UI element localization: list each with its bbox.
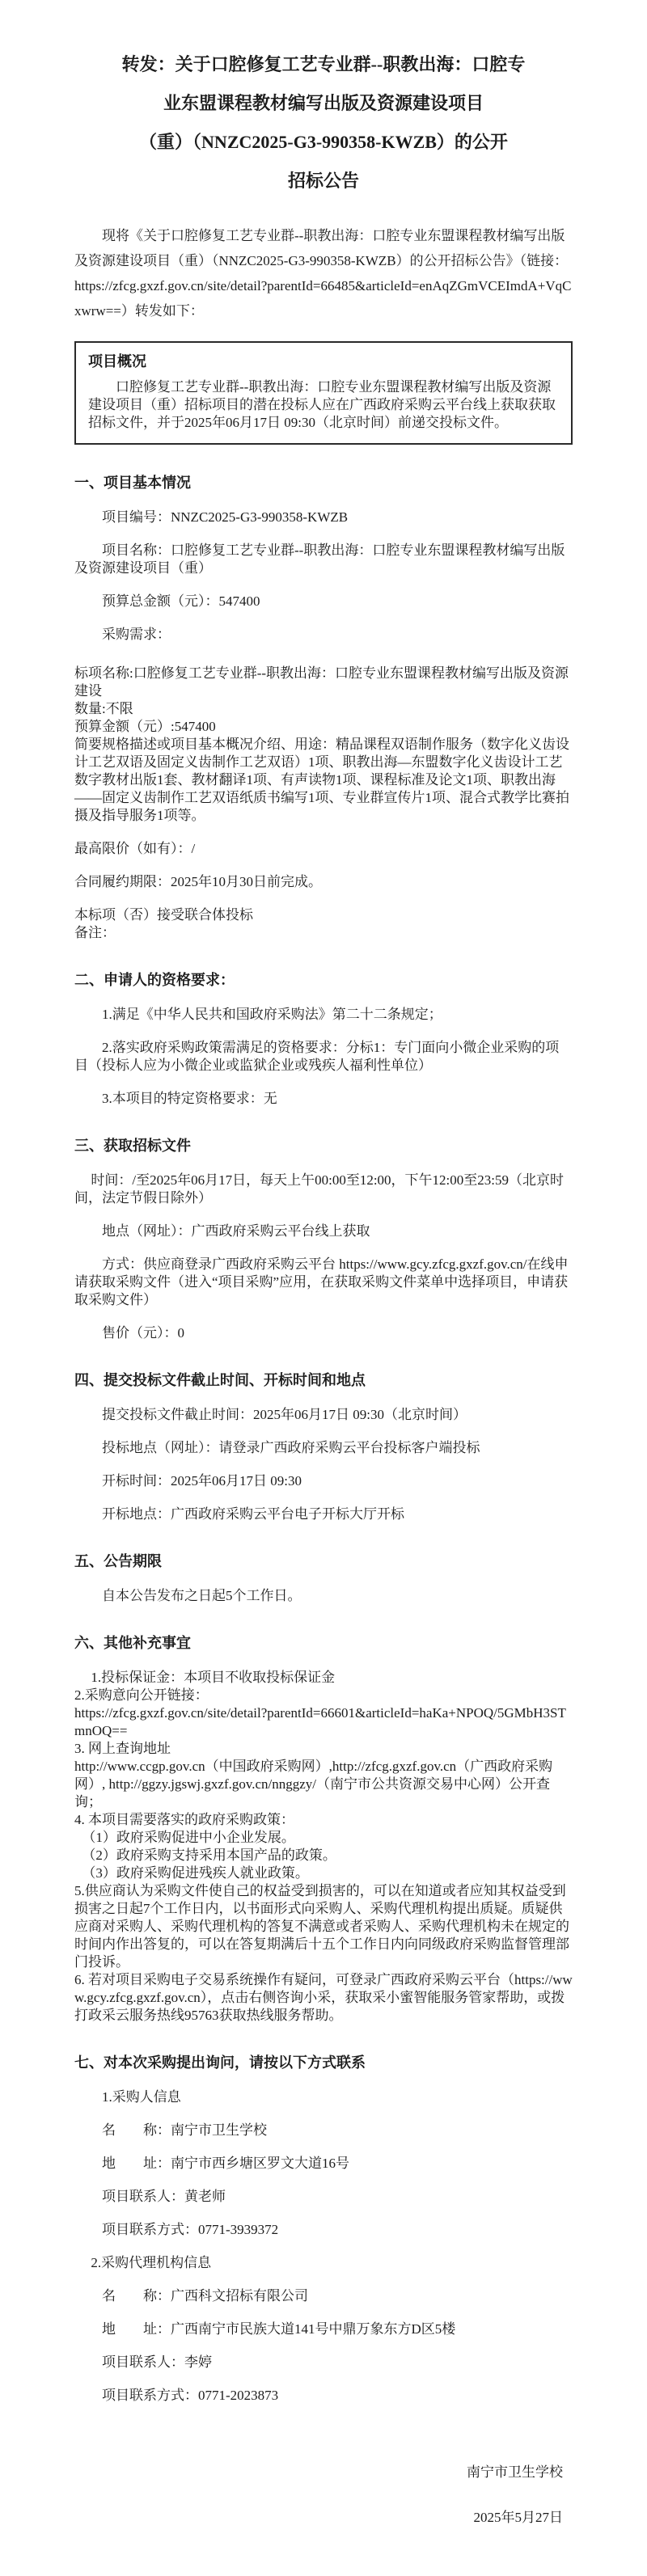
buyer-contact-person: 项目联系人：黄老师 [74, 2188, 573, 2206]
buyer-contact-phone: 项目联系方式：0771-3939372 [74, 2221, 573, 2239]
section-2-heading: 二、申请人的资格要求： [74, 969, 573, 990]
supplement-item-3-label: 3. 网上查询地址 [74, 1740, 573, 1758]
section-5-heading: 五、公告期限 [74, 1551, 573, 1572]
section-3-heading: 三、获取招标文件 [74, 1135, 573, 1156]
supplement-item-6-helpline: 6. 若对项目采购电子交易系统操作有疑问，可登录广西政府采购云平台（https:… [74, 1971, 573, 2025]
section-4-heading: 四、提交投标文件截止时间、开标时间和地点 [74, 1370, 573, 1391]
obtain-method: 方式：供应商登录广西政府采购云平台 https://www.gcy.zfcg.g… [74, 1256, 573, 1309]
project-overview-box: 项目概况 口腔修复工艺专业群--职教出海：口腔专业东盟课程教材编写出版及资源建设… [74, 341, 573, 445]
agency-contact-person: 项目联系人：李婷 [74, 2354, 573, 2371]
qualification-item-1: 1.满足《中华人民共和国政府采购法》第二十二条规定； [74, 1006, 573, 1024]
document-price: 售价（元）：0 [74, 1324, 573, 1342]
agency-address: 地 址：广西南宁市民族大道141号中鼎万象东方D区5楼 [74, 2321, 573, 2338]
title-line-3: （重）（NNZC2025-G3-990358-KWZB）的公开 [74, 123, 573, 162]
tender-announcement-document: 转发：关于口腔修复工艺专业群--职教出海：口腔专 业东盟课程教材编写出版及资源建… [0, 0, 647, 2576]
bid-place: 投标地点（网址）：请登录广西政府采购云平台投标客户端投标 [74, 1439, 573, 1457]
supplement-item-3-body: http://www.ccgp.gov.cn（中国政府采购网）,http://z… [74, 1758, 573, 1811]
bid-opening-time: 开标时间：2025年06月17日 09:30 [74, 1472, 573, 1490]
total-budget: 预算总金额（元）：547400 [74, 593, 573, 610]
supplement-item-1-deposit: 1.投标保证金：本项目不收取投标保证金 [74, 1669, 573, 1687]
project-number: 项目编号：NNZC2025-G3-990358-KWZB [74, 509, 573, 526]
submission-deadline: 提交投标文件截止时间：2025年06月17日 09:30（北京时间） [74, 1406, 573, 1424]
procurement-demand-label: 采购需求： [74, 626, 573, 644]
agency-name: 名 称：广西科文招标有限公司 [74, 2287, 573, 2305]
announcement-period: 自本公告发布之日起5个工作日。 [74, 1587, 573, 1605]
signature-organization: 南宁市卫生学校 [74, 2463, 563, 2482]
signature-block: 南宁市卫生学校 2025年5月27日 [74, 2463, 573, 2527]
overview-body: 口腔修复工艺专业群--职教出海：口腔专业东盟课程教材编写出版及资源建设项目（重）… [88, 378, 559, 432]
section-7-heading: 七、对本次采购提出询问，请按以下方式联系 [74, 2052, 573, 2073]
title-line-2: 业东盟课程教材编写出版及资源建设项目 [74, 84, 573, 123]
lot-budget: 预算金额（元）:547400 [74, 718, 573, 736]
policy-item-2: （2）政府采购支持采用本国产品的政策。 [74, 1847, 573, 1864]
project-name: 项目名称：口腔修复工艺专业群--职教出海：口腔专业东盟课程教材编写出版及资源建设… [74, 542, 573, 577]
remark-label: 备注： [74, 924, 573, 942]
obtain-time: 时间：/至2025年06月17日，每天上午00:00至12:00，下午12:00… [74, 1172, 573, 1207]
section-6-heading: 六、其他补充事宜 [74, 1632, 573, 1653]
obtain-place: 地点（网址）：广西政府采购云平台线上获取 [74, 1223, 573, 1240]
policy-item-3: （3）政府采购促进残疾人就业政策。 [74, 1864, 573, 1882]
section-1-heading: 一、项目基本情况 [74, 472, 573, 493]
supplement-item-2-url: https://zfcg.gxzf.gov.cn/site/detail?par… [74, 1704, 573, 1740]
buyer-name: 名 称：南宁市卫生学校 [74, 2122, 573, 2139]
policy-item-1: （1）政府采购促进中小企业发展。 [74, 1829, 573, 1847]
lot-name: 标项名称:口腔修复工艺专业群--职教出海：口腔专业东盟课程教材编写出版及资源建设 [74, 665, 573, 700]
page-title: 转发：关于口腔修复工艺专业群--职教出海：口腔专 业东盟课程教材编写出版及资源建… [74, 45, 573, 201]
title-line-4: 招标公告 [74, 162, 573, 201]
qualification-item-2: 2.落实政府采购政策需满足的资格要求：分标1：专门面向小微企业采购的项目（投标人… [74, 1039, 573, 1075]
signature-date: 2025年5月27日 [74, 2508, 563, 2527]
title-line-1: 转发：关于口腔修复工艺专业群--职教出海：口腔专 [74, 45, 573, 84]
joint-bid-note: 本标项（否）接受联合体投标 [74, 906, 573, 924]
supplement-item-2-label: 2.采购意向公开链接： [74, 1687, 573, 1704]
agency-info-label: 2.采购代理机构信息 [74, 2254, 573, 2272]
intro-paragraph: 现将《关于口腔修复工艺专业群--职教出海：口腔专业东盟课程教材编写出版及资源建设… [74, 223, 573, 323]
supplement-item-5-query: 5.供应商认为采购文件使自己的权益受到损害的，可以在知道或者应知其权益受到损害之… [74, 1882, 573, 1971]
qualification-item-3: 3.本项目的特定资格要求：无 [74, 1090, 573, 1108]
overview-heading: 项目概况 [88, 351, 559, 372]
agency-contact-phone: 项目联系方式：0771-2023873 [74, 2387, 573, 2405]
max-price-limit: 最高限价（如有）：/ [74, 840, 573, 858]
bid-opening-place: 开标地点：广西政府采购云平台电子开标大厅开标 [74, 1505, 573, 1523]
buyer-info-label: 1.采购人信息 [74, 2088, 573, 2106]
contract-period: 合同履约期限：2025年10月30日前完成。 [74, 873, 573, 891]
lot-spec-description: 简要规格描述或项目基本概况介绍、用途：精品课程双语制作服务（数字化义齿设计工艺双… [74, 736, 573, 825]
supplement-item-4-label: 4. 本项目需要落实的政府采购政策： [74, 1811, 573, 1829]
buyer-address: 地 址：南宁市西乡塘区罗文大道16号 [74, 2155, 573, 2173]
lot-quantity: 数量:不限 [74, 700, 573, 718]
